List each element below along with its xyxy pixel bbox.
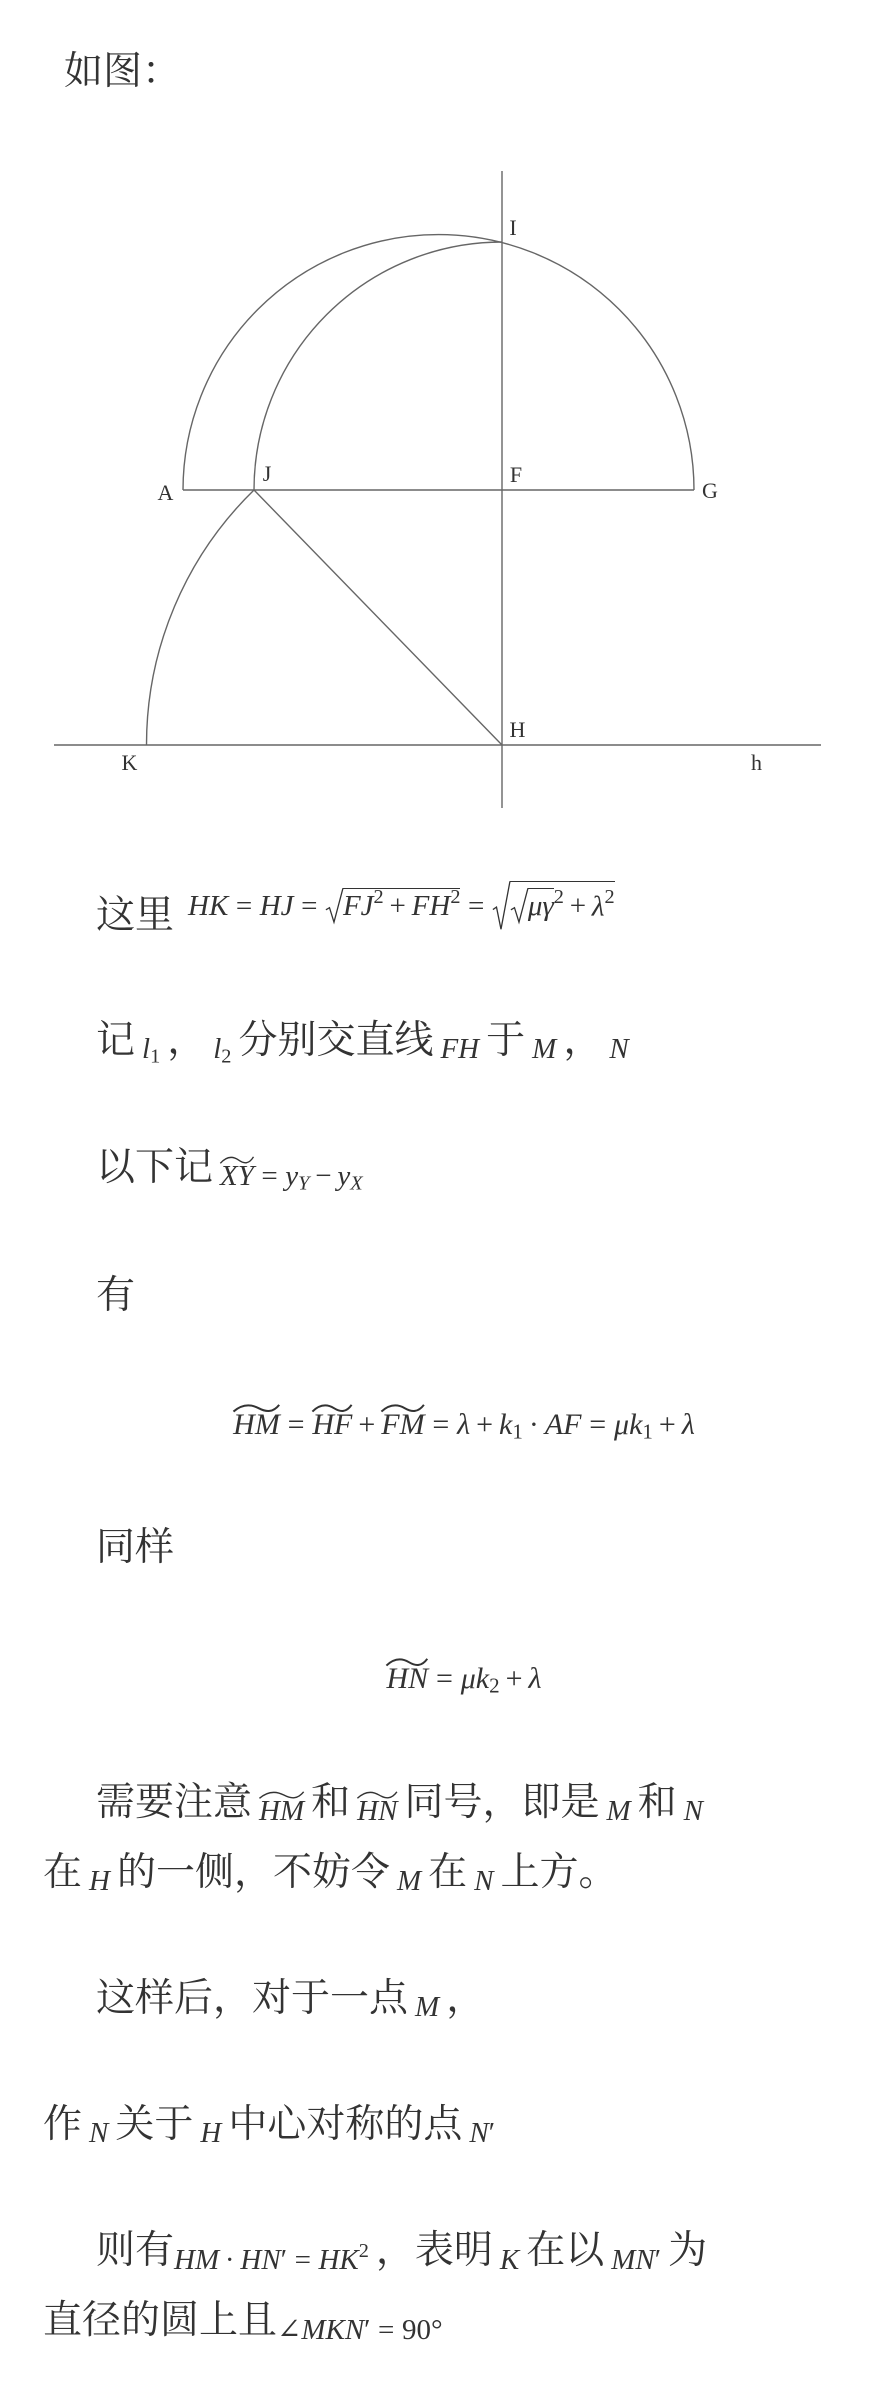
text: 的一侧，不妨令: [117, 1851, 390, 1894]
math-M: M: [606, 1795, 630, 1827]
subscript: 1: [512, 1420, 523, 1444]
text: 同号，即是: [404, 1781, 599, 1824]
sqrt-mu-gamma: μγ: [510, 888, 554, 923]
math-N: N: [89, 2117, 108, 2149]
math-M: M: [397, 1865, 421, 1897]
minus-sign: −: [315, 1160, 331, 1192]
prime: ′: [655, 2244, 661, 2276]
math-N-prime: N′: [469, 2117, 495, 2149]
label-G: G: [702, 478, 718, 503]
text: 于: [486, 1019, 525, 1062]
subscript: 2: [489, 1674, 500, 1698]
math-H: H: [89, 1865, 110, 1897]
label-K: K: [122, 750, 138, 775]
math-FH: FH: [412, 890, 451, 922]
radical-icon: [492, 881, 510, 930]
widetilde-hf: HF: [312, 1410, 352, 1440]
label-H: H: [510, 717, 526, 742]
text: 作: [43, 2103, 82, 2146]
line-1: 则有HM·HN′=HK2，表明K在以MN′为: [43, 2216, 877, 2286]
superscript: 2: [374, 886, 384, 908]
text: ，表明: [376, 2229, 493, 2272]
line: 同样: [43, 1513, 877, 1583]
semicircle-arc-AG: [183, 235, 694, 490]
math-widetilde-HM: HM: [259, 1795, 304, 1827]
paragraph-note: 需要注意HM和HN同号，即是M和N在H的一侧，不妨令M在N上方。: [43, 1768, 877, 1908]
math-HN: HN: [240, 2244, 280, 2276]
math-lambda: λ: [682, 1408, 695, 1441]
text: 则有: [96, 2229, 174, 2272]
comma: ，: [446, 1977, 485, 2020]
widetilde-fm: FM: [381, 1410, 424, 1440]
widetilde-xy: XY: [220, 1162, 254, 1191]
text: 和: [638, 1781, 677, 1824]
plus-sign: +: [506, 1662, 523, 1695]
subscript: Y: [298, 1172, 309, 1194]
equals-sign: =: [378, 2314, 394, 2346]
subscript: 1: [150, 1045, 160, 1067]
text: 这样后，对于一点: [96, 1977, 408, 2020]
text: 记: [96, 1019, 135, 1062]
math-FM: FM: [381, 1408, 424, 1441]
segment-JH: [254, 490, 502, 745]
text: 关于: [115, 2103, 193, 2146]
text: 为: [668, 2229, 707, 2272]
label-h: h: [751, 750, 762, 775]
label-I: I: [509, 215, 516, 240]
equals-sign: =: [432, 1408, 449, 1441]
math-N: N: [684, 1795, 703, 1827]
math-MN: MN: [611, 2244, 655, 2276]
formula-hn-display: HN=μk2+λ: [50, 1649, 877, 1709]
formula: HN=μk2+λ: [386, 1662, 541, 1695]
radical-icon: [325, 888, 343, 923]
math-k: k: [476, 1662, 489, 1695]
equals-sign: =: [288, 1408, 305, 1441]
text: 在: [43, 1851, 82, 1894]
math-HJ: HJ: [260, 890, 294, 922]
paragraph-same: 同样: [43, 1513, 877, 1583]
comma: ，: [167, 1019, 206, 1062]
formula: HM=HF+FM=λ+k1·AF=μk1+λ: [233, 1408, 695, 1441]
subscript: 1: [642, 1420, 653, 1444]
plus-sign: +: [476, 1408, 493, 1441]
line: 以下记XY=yY−yX: [43, 1133, 877, 1203]
label-F: F: [510, 462, 522, 487]
math-k: k: [499, 1408, 512, 1441]
math-XY: XY: [220, 1160, 254, 1192]
equals-sign: =: [436, 1662, 453, 1695]
math-HN: HN: [386, 1662, 428, 1695]
dot-operator: ·: [529, 1408, 539, 1441]
comma: ，: [563, 1019, 602, 1062]
math-y: y: [337, 1160, 350, 1192]
tilde-accent-icon: [357, 1791, 397, 1799]
math-HN: HN: [357, 1795, 397, 1827]
label-A: A: [158, 480, 174, 505]
math-M: M: [532, 1033, 556, 1065]
superscript: 2: [604, 886, 614, 908]
paragraph-here: 这里HK=HJ=FJ2+FH2=μγ2+λ2: [43, 881, 877, 951]
paragraph-construct: 作N关于H中心对称的点N′: [43, 2090, 877, 2160]
math-N: N: [474, 1865, 493, 1897]
math-l: l: [142, 1033, 150, 1065]
tilde-accent-icon: [386, 1658, 428, 1666]
math-HM: HM: [259, 1795, 304, 1827]
text: 在以: [526, 2229, 604, 2272]
formula-hk-hj: HK=HJ=FJ2+FH2=μγ2+λ2: [188, 890, 615, 922]
equals-sign: =: [468, 890, 484, 922]
line: 记l1，l2分别交直线FH于M，N: [43, 1006, 877, 1076]
text: 分别交直线: [238, 1019, 433, 1062]
formula-hm-hn-hk: HM·HN′=HK2: [174, 2244, 369, 2276]
math-HF: HF: [312, 1408, 352, 1441]
equals-sign: =: [295, 2244, 311, 2276]
prime: ′: [281, 2244, 287, 2276]
math-MKN: MKN: [301, 2314, 364, 2346]
radicand: μγ2+λ2: [510, 881, 615, 930]
superscript: 2: [450, 886, 460, 908]
geometry-diagram: I A J F G H K h: [0, 0, 877, 850]
math-l1: l1: [142, 1033, 160, 1065]
math-y: y: [285, 1160, 298, 1192]
plus-sign: +: [570, 890, 586, 922]
text: 同样: [96, 1526, 174, 1569]
math-AF: AF: [545, 1408, 582, 1441]
math-FH: FH: [440, 1033, 479, 1065]
sqrt-fj-fh: FJ2+FH2: [325, 888, 460, 923]
dot-operator: ·: [225, 2244, 235, 2276]
subscript: X: [350, 1172, 362, 1194]
line: 有: [43, 1261, 877, 1331]
text: 有: [96, 1274, 135, 1317]
arc-JI: [254, 242, 502, 490]
plus-sign: +: [659, 1408, 676, 1441]
equals-sign: =: [589, 1408, 606, 1441]
line-2: 直径的圆上且∠MKN′=90°: [43, 2286, 877, 2356]
math-H: H: [200, 2117, 221, 2149]
math-HK: HK: [318, 2244, 358, 2276]
paragraph-then: 则有HM·HN′=HK2，表明K在以MN′为直径的圆上且∠MKN′=90°: [43, 2216, 877, 2356]
tilde-accent-icon: [259, 1791, 304, 1799]
line: 作N关于H中心对称的点N′: [43, 2090, 877, 2160]
widetilde-hm: HM: [259, 1797, 304, 1826]
paragraph-have: 有: [43, 1261, 877, 1331]
math-widetilde-HN: HN: [357, 1795, 397, 1827]
plus-sign: +: [389, 890, 405, 922]
plus-sign: +: [358, 1408, 375, 1441]
math-HM: HM: [233, 1408, 280, 1441]
text: 中心对称的点: [228, 2103, 462, 2146]
sqrt-outer: μγ2+λ2: [492, 881, 615, 930]
tilde-accent-icon: [312, 1404, 352, 1412]
here-text: 这里: [96, 894, 174, 937]
math-k: k: [629, 1408, 642, 1441]
math-FJ: FJ: [343, 890, 374, 922]
math-K: K: [500, 2244, 519, 2276]
text: 需要注意: [96, 1781, 252, 1824]
math-lambda: λ: [529, 1662, 542, 1695]
prime: ′: [364, 2314, 370, 2346]
equals-sign: =: [236, 890, 252, 922]
widetilde-hn: HN: [357, 1797, 397, 1826]
angle-symbol: ∠: [277, 2314, 301, 2346]
radicand: FJ2+FH2: [343, 888, 461, 923]
arc-KJ: [146, 490, 254, 745]
math-N: N: [609, 1033, 628, 1065]
equals-sign: =: [261, 1160, 277, 1192]
line: 这样后，对于一点M，: [43, 1964, 877, 2034]
math-mu: μ: [614, 1408, 629, 1441]
equals-sign: =: [301, 890, 317, 922]
tilde-accent-icon: [381, 1404, 424, 1412]
math-HK: HK: [188, 890, 228, 922]
tilde-accent-icon: [220, 1156, 254, 1164]
label-J: J: [263, 461, 272, 486]
math-lambda: λ: [457, 1408, 470, 1441]
line-1: 需要注意HM和HN同号，即是M和N: [43, 1768, 877, 1838]
radical-icon: [510, 888, 528, 923]
math-mu-gamma: μγ: [528, 888, 554, 923]
text: 直径的圆上且: [43, 2299, 277, 2342]
line: 这里HK=HJ=FJ2+FH2=μγ2+λ2: [43, 881, 877, 951]
text: 以下记: [96, 1146, 213, 1189]
math-90-degrees: 90°: [402, 2314, 443, 2346]
widetilde-hn: HN: [386, 1664, 428, 1694]
subscript: 2: [221, 1045, 231, 1067]
prime: ′: [489, 2117, 495, 2149]
paragraph-denote: 记l1，l2分别交直线FH于M，N: [43, 1006, 877, 1076]
math-M: M: [415, 1991, 439, 2023]
formula-angle-mkn: ∠MKN′=90°: [277, 2314, 443, 2346]
math-lambda: λ: [592, 890, 605, 922]
math-HM: HM: [174, 2244, 219, 2276]
paragraph-thus: 这样后，对于一点M，: [43, 1964, 877, 2034]
math-l2: l2: [213, 1033, 231, 1065]
paragraph-below: 以下记XY=yY−yX: [43, 1133, 877, 1203]
math-mu: μ: [461, 1662, 476, 1695]
formula-xy-definition: XY=yY−yX: [220, 1160, 363, 1192]
formula-hm-display: HM=HF+FM=λ+k1·AF=μk1+λ: [50, 1395, 877, 1455]
text: 和: [311, 1781, 350, 1824]
math-N: N: [469, 2117, 488, 2149]
superscript: 2: [359, 2240, 369, 2262]
widetilde-hm: HM: [233, 1410, 280, 1440]
text: 上方。: [501, 1851, 618, 1894]
line-2: 在H的一侧，不妨令M在N上方。: [43, 1838, 877, 1908]
tilde-accent-icon: [233, 1404, 280, 1412]
text: 在: [428, 1851, 467, 1894]
math-MN-prime: MN′: [611, 2244, 661, 2276]
superscript: 2: [554, 886, 564, 908]
